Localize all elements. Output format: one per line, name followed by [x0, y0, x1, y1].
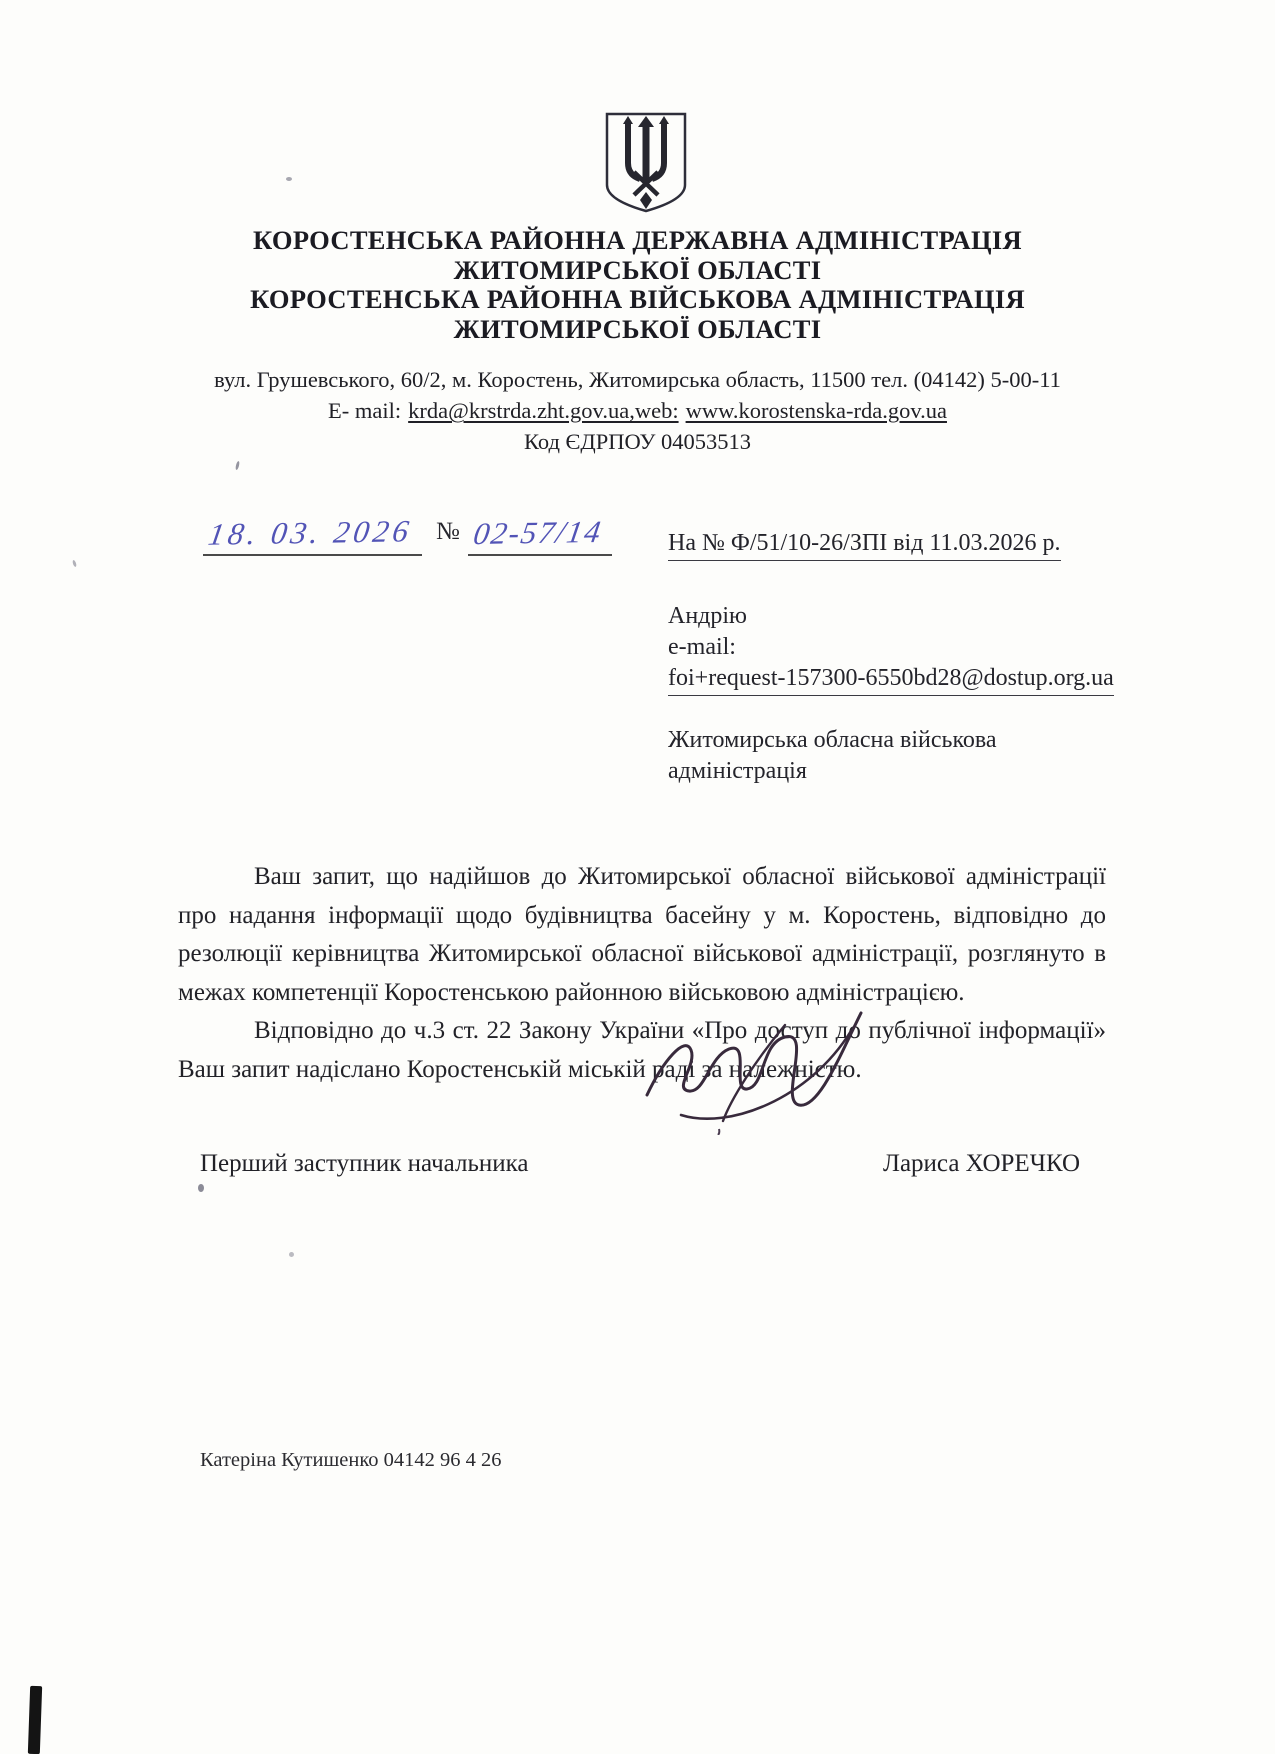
scan-speck	[286, 177, 292, 181]
org-email: krda@krstrda.zht.gov.ua,web:	[408, 398, 678, 423]
org-name-line-3: КОРОСТЕНСЬКА РАЙОННА ВІЙСЬКОВА АДМІНІСТР…	[0, 285, 1275, 315]
recipient-email: foi+request-157300-6550bd28@dostup.org.u…	[668, 663, 1114, 696]
scan-speck	[72, 560, 77, 568]
scan-speck	[235, 461, 240, 470]
email-label: E- mail:	[328, 398, 401, 423]
number-sign: №	[436, 518, 460, 545]
letterhead: КОРОСТЕНСЬКА РАЙОННА ДЕРЖАВНА АДМІНІСТРА…	[0, 226, 1275, 344]
signer-name: Лариса ХОРЕЧКО	[883, 1150, 1080, 1178]
recipient-org-line-1: Житомирська обласна військова	[668, 725, 1114, 756]
email-web-line: E- mail:krda@krstrda.zht.gov.ua,web:www.…	[0, 395, 1275, 426]
recipient-block: Андрію e-mail: foi+request-157300-6550bd…	[668, 601, 1114, 787]
ukraine-trident-emblem-icon	[600, 111, 692, 215]
org-name-line-2: ЖИТОМИРСЬКОЇ ОБЛАСТІ	[0, 256, 1275, 286]
postal-address: вул. Грушевського, 60/2, м. Коростень, Ж…	[0, 364, 1275, 395]
outgoing-reference: 18. 03. 2026№02-57/14	[203, 515, 612, 556]
incoming-reference: На № Ф/51/10-26/ЗПІ від 11.03.2026 р.	[668, 530, 1061, 561]
outgoing-number-handwritten: 02-57/14	[471, 514, 605, 552]
executor-contact: Катеріна Кутишенко 04142 96 4 26	[200, 1449, 502, 1472]
outgoing-date-handwritten: 18. 03. 2026	[206, 513, 415, 553]
recipient-name: Андрію	[668, 601, 1114, 632]
scan-edge-artifact	[28, 1686, 42, 1754]
handwritten-signature	[633, 1003, 875, 1135]
contact-block: вул. Грушевського, 60/2, м. Коростень, Ж…	[0, 364, 1275, 457]
recipient-org-line-2: адміністрація	[668, 756, 1114, 787]
org-name-line-4: ЖИТОМИРСЬКОЇ ОБЛАСТІ	[0, 315, 1275, 345]
scanned-letter-page: КОРОСТЕНСЬКА РАЙОННА ДЕРЖАВНА АДМІНІСТРА…	[0, 0, 1275, 1754]
body-paragraph-1: Ваш запит, що надійшов до Житомирської о…	[178, 858, 1106, 1012]
recipient-email-label: e-mail:	[668, 632, 1114, 663]
org-website: www.korostenska-rda.gov.ua	[686, 398, 947, 423]
scan-speck	[289, 1252, 294, 1257]
edrpou-code: Код ЄДРПОУ 04053513	[0, 426, 1275, 457]
org-name-line-1: КОРОСТЕНСЬКА РАЙОННА ДЕРЖАВНА АДМІНІСТРА…	[0, 226, 1275, 256]
scan-speck	[198, 1184, 204, 1192]
signer-position: Перший заступник начальника	[200, 1150, 528, 1178]
